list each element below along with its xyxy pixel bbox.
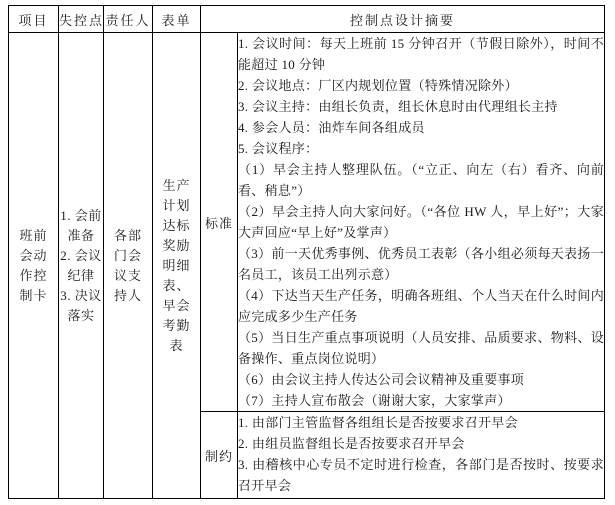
header-row: 项目 失控点 责任人 表单 控制点设计摘要 (9, 6, 605, 33)
cell-constraint-content: 1. 由部门主管监督各组组长是否按要求召开早会2. 由组员监督组长是否按要求召开… (238, 412, 605, 499)
header-cell-responsible: 责任人 (104, 6, 153, 33)
list-item: （6）由会议主持人传达公司会议精神及重要事项 (238, 369, 604, 390)
list-item: 3. 由稽核中心专员不定时进行检查，各部门是否按时、按要求召开早会 (238, 454, 604, 496)
list-item: （7）主持人宣布散会（谢谢大家，大家掌声） (238, 390, 604, 411)
list-item: （4）下达当天生产任务，明确各班组、个人当天在什么时间内应完成多少生产任务 (238, 285, 604, 327)
list-item: （1）早会主持人整理队伍。（“立正、向左（右）看齐、向前看、稍息”） (238, 159, 604, 201)
header-cell-loss-point: 失控点 (59, 6, 104, 33)
body-row-standard: 班前 会动 作控 制卡 1. 会前 准备 2. 会议 纪律 3. 决议 落实 各… (9, 33, 605, 412)
cell-responsible: 各部 门会 议支 持人 (104, 33, 153, 499)
list-item: 1. 会议时间：每天上班前 15 分钟召开（节假日除外），时间不能超过 10 分… (238, 33, 604, 75)
list-item: （2）早会主持人向大家问好。（“各位 HW 人，早上好”；大家大声回应“早上好”… (238, 201, 604, 243)
header-cell-summary: 控制点设计摘要 (201, 6, 605, 33)
list-item: 5. 会议程序： (238, 138, 604, 159)
cell-form: 生产 计划 达标 奖励 明细 表、 早会 考勤 表 (153, 33, 201, 499)
header-cell-project: 项目 (9, 6, 59, 33)
cell-standard-label: 标准 (201, 33, 238, 412)
list-item: 3. 会议主持：由组长负责，组长休息时由代理组长主持 (238, 96, 604, 117)
header-cell-form: 表单 (153, 6, 201, 33)
document-page: 项目 失控点 责任人 表单 控制点设计摘要 班前 会动 作控 制卡 1. 会前 … (0, 0, 615, 505)
list-item: （3）前一天优秀事例、优秀员工表彰（各小组必须每天表扬一名员工，该员工出列示意） (238, 243, 604, 285)
cell-constraint-label: 制约 (201, 412, 238, 499)
list-item: 1. 由部门主管监督各组组长是否按要求召开早会 (238, 412, 604, 433)
control-card-table: 项目 失控点 责任人 表单 控制点设计摘要 班前 会动 作控 制卡 1. 会前 … (8, 5, 605, 499)
list-item: 4. 参会人员：油炸车间各组成员 (238, 117, 604, 138)
cell-standard-content: 1. 会议时间：每天上班前 15 分钟召开（节假日除外），时间不能超过 10 分… (238, 33, 605, 412)
list-item: 2. 由组员监督组长是否按要求召开早会 (238, 433, 604, 454)
cell-loss-points: 1. 会前 准备 2. 会议 纪律 3. 决议 落实 (59, 33, 104, 499)
cell-project: 班前 会动 作控 制卡 (9, 33, 59, 499)
list-item: （5）当日生产重点事项说明（人员安排、品质要求、物料、设备操作、重点岗位说明） (238, 327, 604, 369)
list-item: 2. 会议地点：厂区内规划位置（特殊情况除外） (238, 75, 604, 96)
